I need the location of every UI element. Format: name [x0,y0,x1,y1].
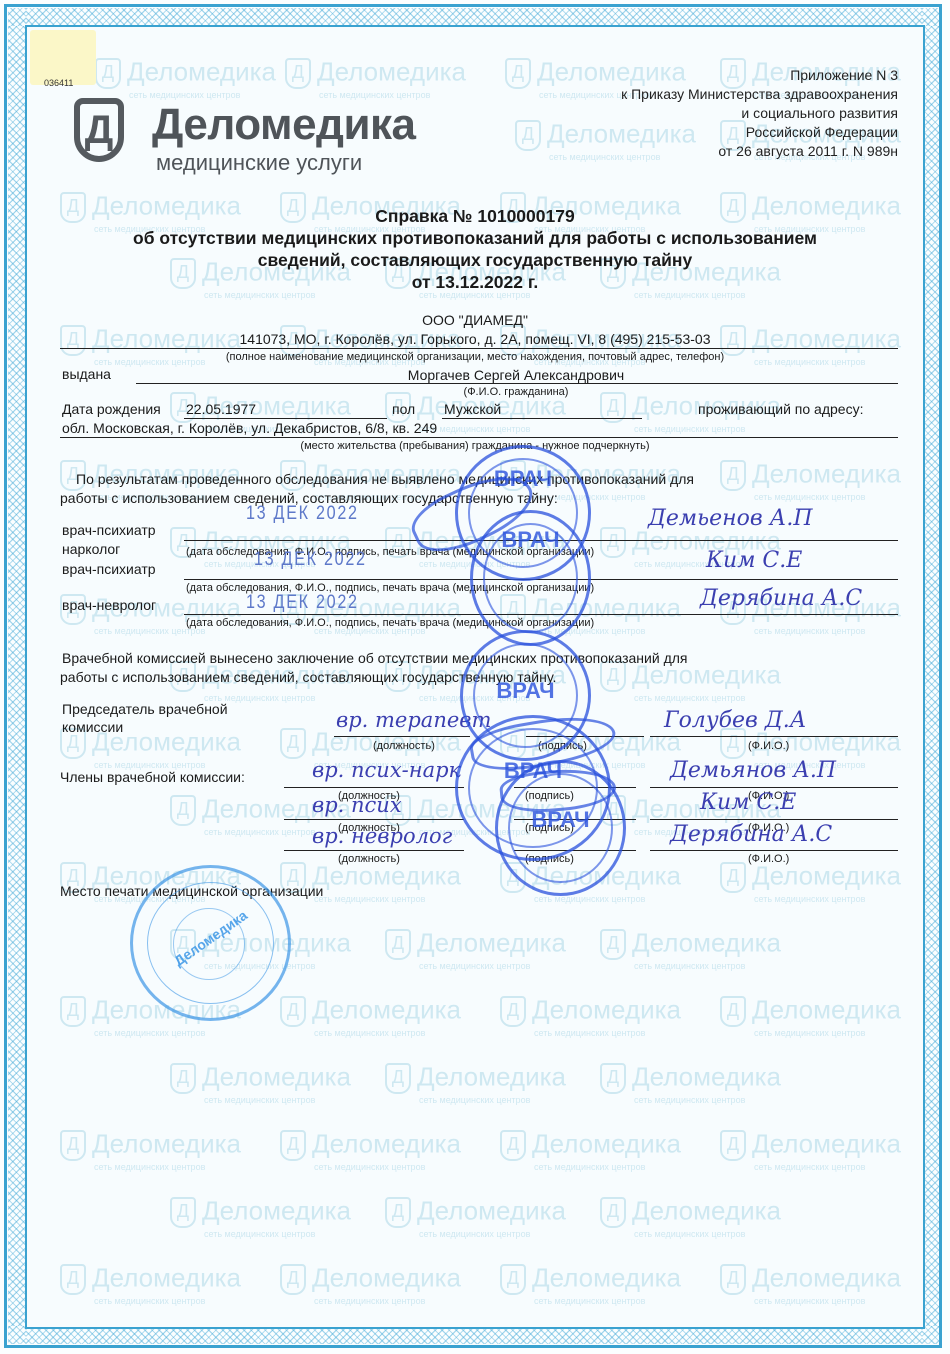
organization-seal: Деломедика [130,865,291,1021]
handwritten-signature: Дерябина А.С [700,586,862,611]
title-line: сведений, составляющих государственную т… [60,249,890,271]
date-stamp: 13 ДЕК 2022 [246,503,359,525]
annex-line: и социального развития [621,104,898,123]
watermark-logo: ДДеломедикасеть медицинских центров [500,1264,681,1306]
logo-shield-icon: Д [74,98,124,162]
handwritten-signature: Демьенов А.П [648,506,813,531]
watermark-logo: ДДеломедикасеть медицинских центров [170,1063,351,1105]
chair-label: комиссии [62,719,123,735]
watermark-logo: ДДеломедикасеть медицинских центров [720,1264,901,1306]
watermark-logo: ДДеломедикасеть медицинских центров [280,1264,461,1306]
annex-line: к Приказу Министерства здравоохранения [621,85,898,104]
logo-name: Деломедика [152,100,416,150]
document-title: Справка № 1010000179 об отсутствии медиц… [60,205,890,293]
exam-role: врач-психиатр [62,522,156,538]
patient-name: Моргачев Сергей Александрович [136,367,896,383]
organization-line [60,348,898,349]
watermark-logo: ДДеломедикасеть медицинских центров [720,460,901,502]
annex-reference: Приложение N 3 к Приказу Министерства зд… [621,66,898,161]
watermark-logo: ДДеломедикасеть медицинских центров [720,862,901,904]
annex-line: Российской Федерации [621,123,898,142]
watermark-logo: ДДеломедикасеть медицинских центров [720,1130,901,1172]
address-caption: (место жительства (пребывания) гражданин… [60,440,890,452]
watermark-logo: ДДеломедикасеть медицинских центров [600,929,781,971]
handwritten-position: вр. псих [312,793,402,817]
name-line [650,850,898,851]
exam-role: врач-психиатр [62,561,156,577]
sex-value: Мужской [444,401,501,417]
patient-address: обл. Московская, г. Королёв, ул. Декабри… [62,420,437,436]
members-label: Члены врачебной комиссии: [60,769,245,785]
watermark-logo: ДДеломедикасеть медицинских центров [385,1197,566,1239]
name-line [650,736,898,737]
name-line [650,819,898,820]
name-caption: (Ф.И.О.) [748,740,789,752]
dob-line [184,418,387,419]
sex-line [442,418,642,419]
address-line [60,437,898,438]
watermark-logo: ДДеломедикасеть медицинских центров [60,1130,241,1172]
position-caption: (должность) [373,740,435,752]
handwritten-signature: Ким С.Е [706,548,802,573]
name-caption: (Ф.И.О.) [748,853,789,865]
title-line: об отсутствии медицинских противопоказан… [60,227,890,249]
watermark-logo: ДДеломедикасеть медицинских центров [60,1264,241,1306]
watermark-logo: ДДеломедикасеть медицинских центров [280,1130,461,1172]
watermark-logo: ДДеломедикасеть медицинских центров [170,1197,351,1239]
dob-label: Дата рождения [62,401,161,417]
handwritten-position: вр. невролог [312,824,452,848]
certificate-number: Справка № 1010000179 [60,205,890,227]
residing-label: проживающий по адресу: [698,401,863,417]
handwritten-name: Голубев Д.А [664,708,806,733]
handwritten-name: Демьянов А.П [670,758,836,783]
handwritten-name: Дерябина А.С [670,822,832,847]
serial-number: 036411 [44,78,73,88]
certificate-date: от 13.12.2022 г. [60,271,890,293]
position-line [284,850,464,851]
organization-address: 141073, МО, г. Королёв, ул. Горького, д.… [60,331,890,347]
watermark-logo: ДДеломедикасеть медицинских центров [600,661,781,703]
patient-name-line [136,383,898,384]
hologram-sticker [30,30,96,85]
watermark-logo: ДДеломедикасеть медицинских центров [500,996,681,1038]
watermark-logo: ДДеломедикасеть медицинских центров [95,58,276,100]
watermark-logo: ДДеломедикасеть медицинских центров [385,929,566,971]
sex-label: пол [392,401,415,417]
date-stamp: 13 ДЕК 2022 [254,549,367,571]
watermark-logo: ДДеломедикасеть медицинских центров [720,996,901,1038]
position-line [334,736,470,737]
annex-line: Приложение N 3 [621,66,898,85]
chair-label: Председатель врачебной [62,701,228,717]
organization-caption: (полное наименование медицинской организ… [60,351,890,363]
watermark-logo: ДДеломедикасеть медицинских центров [500,1130,681,1172]
watermark-logo: ДДеломедикасеть медицинских центров [285,58,466,100]
results-intro: По результатам проведенного обследования… [76,471,694,487]
issued-label: выдана [62,366,111,382]
patient-name-caption: (Ф.И.О. гражданина) [136,386,896,398]
position-line [284,819,464,820]
position-caption: (должность) [338,853,400,865]
handwritten-name: Ким С.Е [700,790,796,815]
commission-conclusion: Врачебной комиссией вынесено заключение … [62,650,688,666]
watermark-logo: ДДеломедикасеть медицинских центров [385,1063,566,1105]
exam-role: нарколог [62,541,120,557]
watermark-logo: ДДеломедикасеть медицинских центров [600,1063,781,1105]
logo-subtitle: медицинские услуги [156,150,362,176]
annex-line: от 26 августа 2011 г. N 989н [621,142,898,161]
dob-value: 22.05.1977 [186,401,256,417]
watermark-logo: ДДеломедикасеть медицинских центров [600,1197,781,1239]
watermark-logo: ДДеломедикасеть медицинских центров [280,996,461,1038]
date-stamp: 13 ДЕК 2022 [246,592,359,614]
name-line [650,787,898,788]
organization-name: ООО "ДИАМЕД" [60,312,890,328]
exam-role: врач-невролог [62,597,156,613]
handwritten-position: вр. псих-нарк [312,758,461,782]
position-line [284,787,464,788]
